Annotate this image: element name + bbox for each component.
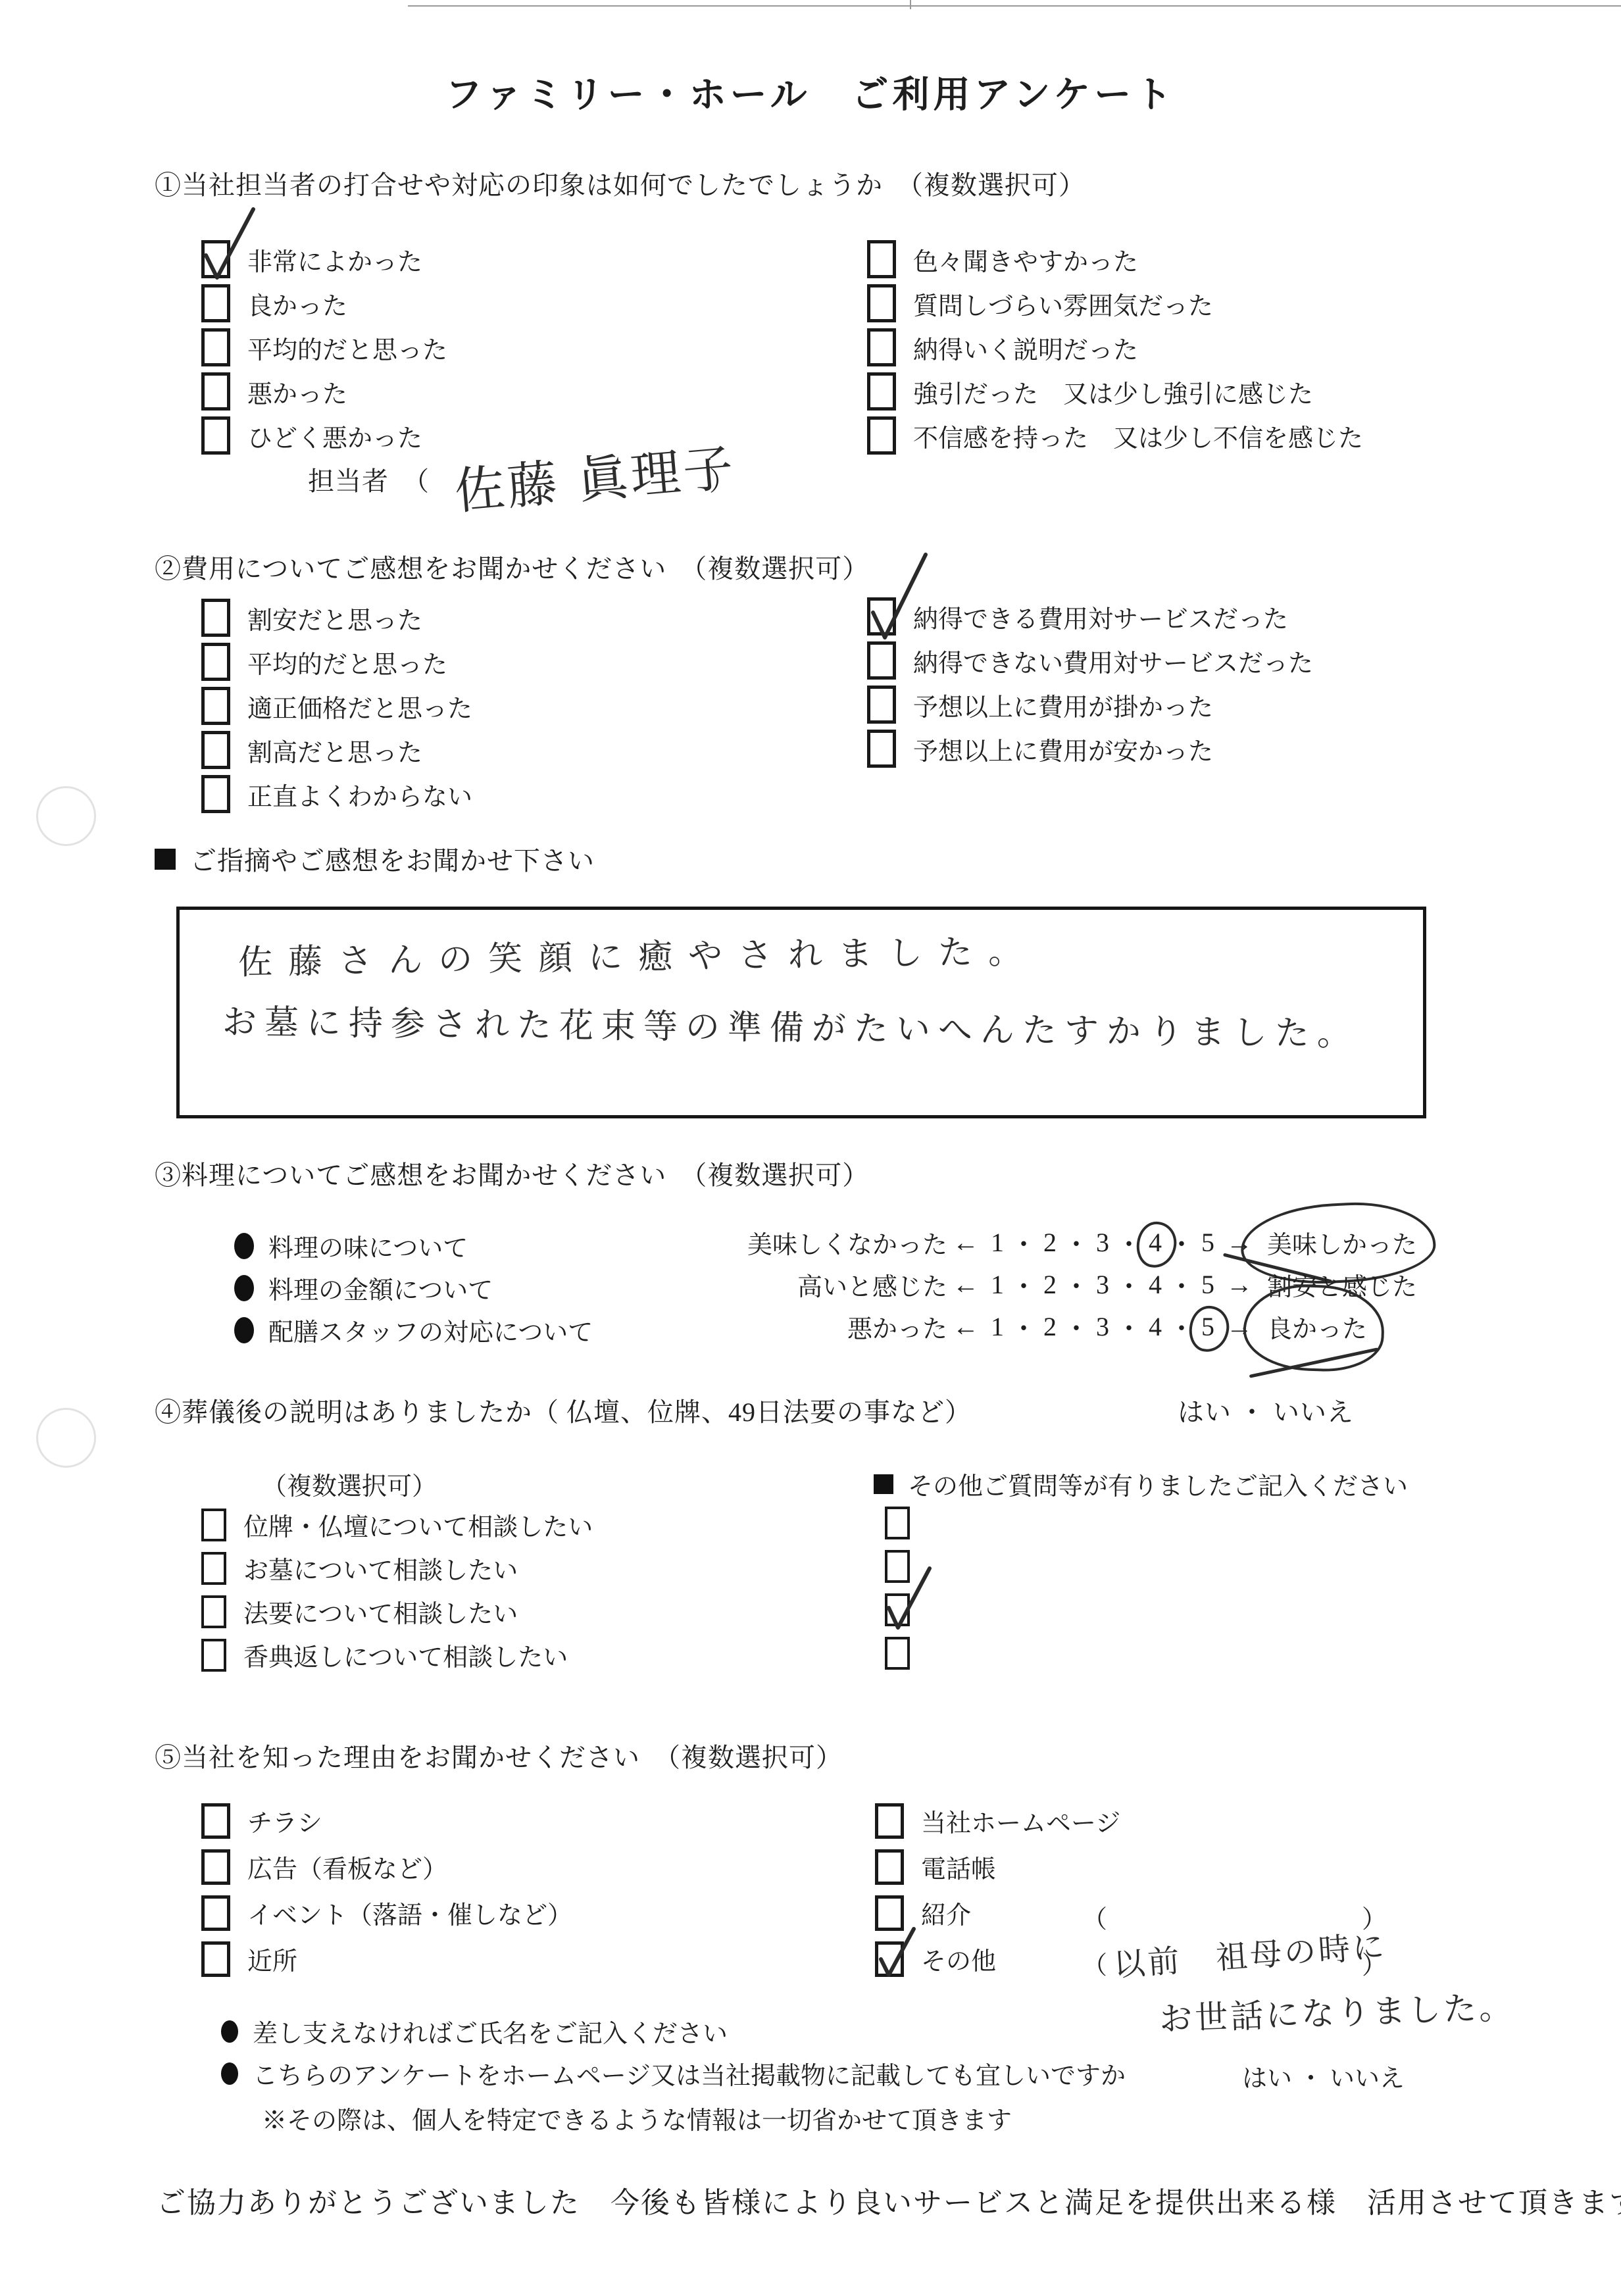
q4-sub-left: （複数選択可） <box>262 1466 437 1502</box>
q1-left-option-1: 良かった <box>201 284 347 322</box>
q3-item-staff: 配膳スタッフの対応について <box>234 1312 593 1348</box>
q3-scale-taste: 美味しくなかった ← 1 ・ 2 ・ 3 ・ 4 ・ 5 → 美味しかった <box>711 1224 1417 1261</box>
publish-yes-no: はい ・ いいえ <box>1242 2058 1405 2094</box>
checkbox <box>201 1509 226 1541</box>
checkbox <box>875 1849 904 1885</box>
scale-number: 1 <box>984 1269 1010 1300</box>
scale-number: 2 <box>1037 1269 1063 1300</box>
q3-item-price: 料理の金額について <box>234 1270 493 1306</box>
scale-number: 1 <box>984 1311 1010 1342</box>
checkbox <box>867 597 896 636</box>
q3-item-label: 配膳スタッフの対応について <box>268 1312 593 1348</box>
q1-left-option-0: 非常によかった <box>201 240 422 278</box>
checkbox <box>201 643 230 681</box>
scale-dot: ・ <box>1010 1224 1037 1261</box>
q1-heading: ①当社担当者の打合せや対応の印象は如何でしたでしょうか （複数選択可） <box>155 164 1085 202</box>
bullet-icon <box>234 1317 254 1343</box>
option-label: 良かった <box>247 286 347 322</box>
referral-open-paren: （ <box>1082 1899 1107 1935</box>
option-label: 平均的だと思った <box>247 330 447 366</box>
bullet-icon <box>234 1233 254 1259</box>
scale-number: 3 <box>1089 1269 1116 1300</box>
option-label: 予想以上に費用が安かった <box>913 731 1213 767</box>
scale-left-anchor: 高いと感じた <box>711 1266 947 1303</box>
other-open-paren: （ <box>1082 1945 1107 1981</box>
staff-field-close-paren: ） <box>709 461 736 498</box>
q2-right-option-1: 納得できない費用対サービスだった <box>867 641 1313 680</box>
checkbox <box>201 416 230 455</box>
option-label: 納得いく説明だった <box>913 330 1138 366</box>
q1-right-option-3: 強引だった 又は少し強引に感じた <box>867 372 1313 411</box>
q4-left-option-2: 法要について相談したい <box>201 1593 518 1630</box>
punch-hole-mark <box>36 1408 96 1468</box>
scale-number: 1 <box>984 1227 1010 1258</box>
q4-other-box-3 <box>885 1637 910 1670</box>
q2-left-option-2: 適正価格だと思った <box>201 687 472 725</box>
option-label: 割安だと思った <box>247 600 422 636</box>
q1-left-option-3: 悪かった <box>201 372 347 411</box>
checkbox <box>867 416 896 455</box>
name-request-row: 差し支えなければご氏名をご記入ください <box>221 2013 728 2049</box>
handwritten-other-note-2: お世話になりました。 <box>1159 1981 1515 2041</box>
option-label: 予想以上に費用が掛かった <box>913 687 1213 723</box>
bullet-icon <box>221 2062 238 2085</box>
q4-other-box-0 <box>885 1507 910 1539</box>
checkbox <box>201 687 230 725</box>
q2-left-option-3: 割高だと思った <box>201 731 422 769</box>
q2-right-option-3: 予想以上に費用が安かった <box>867 730 1213 768</box>
checkbox <box>201 775 230 813</box>
checkbox <box>201 1849 230 1885</box>
checkbox <box>867 641 896 680</box>
checkbox <box>201 1803 230 1839</box>
checkbox <box>201 731 230 769</box>
scale-number: 3 <box>1089 1311 1116 1342</box>
scale-number: 3 <box>1089 1227 1116 1258</box>
option-label: 悪かった <box>247 374 347 410</box>
circled-answer: 良かった <box>1258 1309 1367 1345</box>
q2-right-option-0: 納得できる費用対サービスだった <box>867 597 1288 636</box>
option-label: ひどく悪かった <box>247 418 422 454</box>
bullet-icon <box>221 2020 238 2043</box>
scale-left-anchor: 美味しくなかった <box>711 1224 947 1260</box>
checkbox <box>201 284 230 322</box>
option-label: 納得できない費用対サービスだった <box>913 643 1313 679</box>
option-label: 不信感を持った 又は少し不信を感じた <box>913 418 1363 454</box>
option-label: 平均的だと思った <box>247 644 447 680</box>
scale-dot: ・ <box>1116 1266 1142 1303</box>
option-label: 法要について相談したい <box>243 1593 518 1630</box>
bullet-icon <box>234 1275 254 1301</box>
scale-dot: ・ <box>1063 1224 1089 1261</box>
q4-sub-right: その他ご質問等が有りましたご記入ください <box>908 1466 1408 1502</box>
q5-left-option-2: イベント（落語・催しなど） <box>201 1895 572 1931</box>
selected-scale-number: 5 <box>1195 1311 1221 1342</box>
q4-sub-right-row: その他ご質問等が有りましたご記入ください <box>874 1466 1408 1502</box>
scale-number: 5 <box>1195 1227 1221 1258</box>
privacy-note: ※その際は、個人を特定できるような情報は一切省かせて頂きます <box>262 2100 1012 2136</box>
scale-left-anchor: 悪かった <box>711 1309 947 1345</box>
option-label: 色々聞きやすかった <box>913 241 1138 278</box>
left-arrow-icon: ← <box>953 1227 979 1258</box>
q3-heading: ③料理についてご感想をお聞かせください （複数選択可） <box>155 1155 869 1192</box>
handwritten-check-icon <box>199 204 260 286</box>
footer-thanks: ご協力ありがとうございました 今後も皆様により良いサービスと満足を提供出来る様 … <box>157 2179 1621 2221</box>
q4-left-option-3: 香典返しについて相談したい <box>201 1637 568 1673</box>
checkbox <box>885 1507 910 1539</box>
feedback-heading-row: ご指摘やご感想をお聞かせ下さい <box>155 840 595 878</box>
scale-number: 5 <box>1195 1269 1221 1300</box>
scale-dot: ・ <box>1010 1266 1037 1303</box>
checkbox <box>867 240 896 278</box>
option-label: 質問しづらい雰囲気だった <box>913 286 1213 322</box>
q1-left-option-4: ひどく悪かった <box>201 416 422 455</box>
scale-dot: ・ <box>1116 1308 1142 1345</box>
q1-right-option-2: 納得いく説明だった <box>867 328 1138 366</box>
q4-yes-no: はい ・ いいえ <box>1178 1391 1354 1429</box>
option-label: 位牌・仏壇について相談したい <box>243 1507 593 1543</box>
checkbox <box>201 1595 226 1628</box>
publish-permission-text: こちらのアンケートをホームページ又は当社掲載物に記載しても宜しいですか <box>253 2055 1126 2091</box>
checkbox <box>875 1803 904 1839</box>
q2-left-option-0: 割安だと思った <box>201 599 422 637</box>
scanned-survey-page: ファミリー・ホール ご利用アンケート ①当社担当者の打合せや対応の印象は如何でし… <box>0 0 1621 2296</box>
q5-left-option-3: 近所 <box>201 1941 297 1977</box>
q3-item-taste: 料理の味について <box>234 1228 468 1264</box>
scale-dot: ・ <box>1063 1266 1089 1303</box>
checkbox <box>201 240 230 278</box>
q1-left-option-2: 平均的だと思った <box>201 328 447 366</box>
left-arrow-icon: ← <box>953 1311 979 1342</box>
scan-tick-mark <box>910 0 911 9</box>
checkbox <box>875 1941 904 1977</box>
page-title: ファミリー・ホール ご利用アンケート <box>0 66 1621 118</box>
checkbox <box>201 1941 230 1977</box>
q2-heading: ②費用についてご感想をお聞かせください （複数選択可） <box>155 548 869 586</box>
option-label: お墓について相談したい <box>243 1550 518 1586</box>
black-square-icon <box>874 1474 893 1494</box>
option-label: 正直よくわからない <box>247 776 472 812</box>
q5-right-option-0: 当社ホームページ <box>875 1803 1120 1839</box>
left-arrow-icon: ← <box>953 1269 979 1300</box>
checkbox <box>867 284 896 322</box>
option-label: 香典返しについて相談したい <box>243 1637 568 1673</box>
q1-right-option-4: 不信感を持った 又は少し不信を感じた <box>867 416 1363 455</box>
option-label: 当社ホームページ <box>921 1803 1120 1839</box>
staff-field-label: 担当者 （ <box>308 461 430 498</box>
checkbox <box>867 730 896 768</box>
handwritten-check-icon <box>866 549 932 645</box>
black-square-icon <box>155 849 176 870</box>
scale-number: 2 <box>1037 1227 1063 1258</box>
scale-dot: ・ <box>1010 1308 1037 1345</box>
option-label: チラシ <box>247 1803 322 1839</box>
option-label: 納得できる費用対サービスだった <box>913 599 1288 635</box>
q3-item-label: 料理の味について <box>268 1228 468 1264</box>
checkbox <box>201 1639 226 1672</box>
option-label: 適正価格だと思った <box>247 688 472 724</box>
checkbox <box>867 328 896 366</box>
selected-scale-number: 4 <box>1142 1227 1168 1258</box>
scale-number: 4 <box>1142 1311 1168 1342</box>
circled-answer: 美味しかった <box>1258 1224 1417 1260</box>
q2-left-option-1: 平均的だと思った <box>201 643 447 681</box>
option-label: 非常によかった <box>247 241 422 278</box>
publish-permission-row: こちらのアンケートをホームページ又は当社掲載物に記載しても宜しいですか <box>221 2055 1126 2091</box>
option-label: 紹介 <box>921 1895 971 1931</box>
option-label: 広告（看板など） <box>247 1849 447 1885</box>
option-label: その他 <box>921 1941 996 1977</box>
scale-number: 2 <box>1037 1311 1063 1342</box>
feedback-heading: ご指摘やご感想をお聞かせ下さい <box>190 840 595 878</box>
option-label: イベント（落語・催しなど） <box>247 1895 572 1931</box>
scale-dot: ・ <box>1168 1266 1195 1303</box>
checkbox <box>201 328 230 366</box>
q4-other-box-2 <box>885 1593 910 1626</box>
handwritten-check-icon <box>884 1564 935 1633</box>
handwritten-other-note-1: 以前 祖母の時に <box>1112 1921 1388 1985</box>
q5-heading: ⑤当社を知った理由をお聞かせください （複数選択可） <box>155 1737 843 1774</box>
checkbox <box>885 1637 910 1670</box>
checkbox <box>867 686 896 724</box>
q1-right-option-1: 質問しづらい雰囲気だった <box>867 284 1213 322</box>
q5-right-option-1: 電話帳 <box>875 1849 996 1885</box>
q3-item-label: 料理の金額について <box>268 1270 493 1306</box>
checkbox <box>201 1552 226 1585</box>
option-label: 近所 <box>247 1941 297 1977</box>
q5-left-option-1: 広告（看板など） <box>201 1849 447 1885</box>
q4-left-option-0: 位牌・仏壇について相談したい <box>201 1507 593 1543</box>
right-arrow-icon: → <box>1226 1269 1253 1300</box>
q5-right-option-3: その他 <box>875 1941 996 1977</box>
q4-heading: ④葬儀後の説明はありましたか（ 仏壇、位牌、49日法要の事など） <box>155 1391 972 1429</box>
checkbox <box>201 372 230 411</box>
q2-right-option-2: 予想以上に費用が掛かった <box>867 686 1213 724</box>
checkbox <box>885 1593 910 1626</box>
q4-left-option-1: お墓について相談したい <box>201 1550 518 1586</box>
option-label: 電話帳 <box>921 1849 996 1885</box>
scale-number: 4 <box>1142 1269 1168 1300</box>
option-label: 割高だと思った <box>247 732 422 768</box>
scale-dot: ・ <box>1063 1308 1089 1345</box>
name-request-text: 差し支えなければご氏名をご記入ください <box>253 2013 728 2049</box>
punch-hole-mark <box>36 786 96 846</box>
checkbox <box>201 1895 230 1931</box>
q3-scale-staff: 悪かった ← 1 ・ 2 ・ 3 ・ 4 ・ 5 → 良かった <box>711 1308 1367 1345</box>
q2-left-option-4: 正直よくわからない <box>201 775 472 813</box>
q1-right-option-0: 色々聞きやすかった <box>867 240 1138 278</box>
q5-left-option-0: チラシ <box>201 1803 322 1839</box>
checkbox <box>201 599 230 637</box>
handwritten-staff-name: 佐藤 眞理子 <box>451 428 738 524</box>
checkbox <box>867 372 896 411</box>
handwritten-check-icon <box>876 1925 918 1982</box>
option-label: 強引だった 又は少し強引に感じた <box>913 374 1313 410</box>
scan-edge-line <box>408 5 1621 7</box>
